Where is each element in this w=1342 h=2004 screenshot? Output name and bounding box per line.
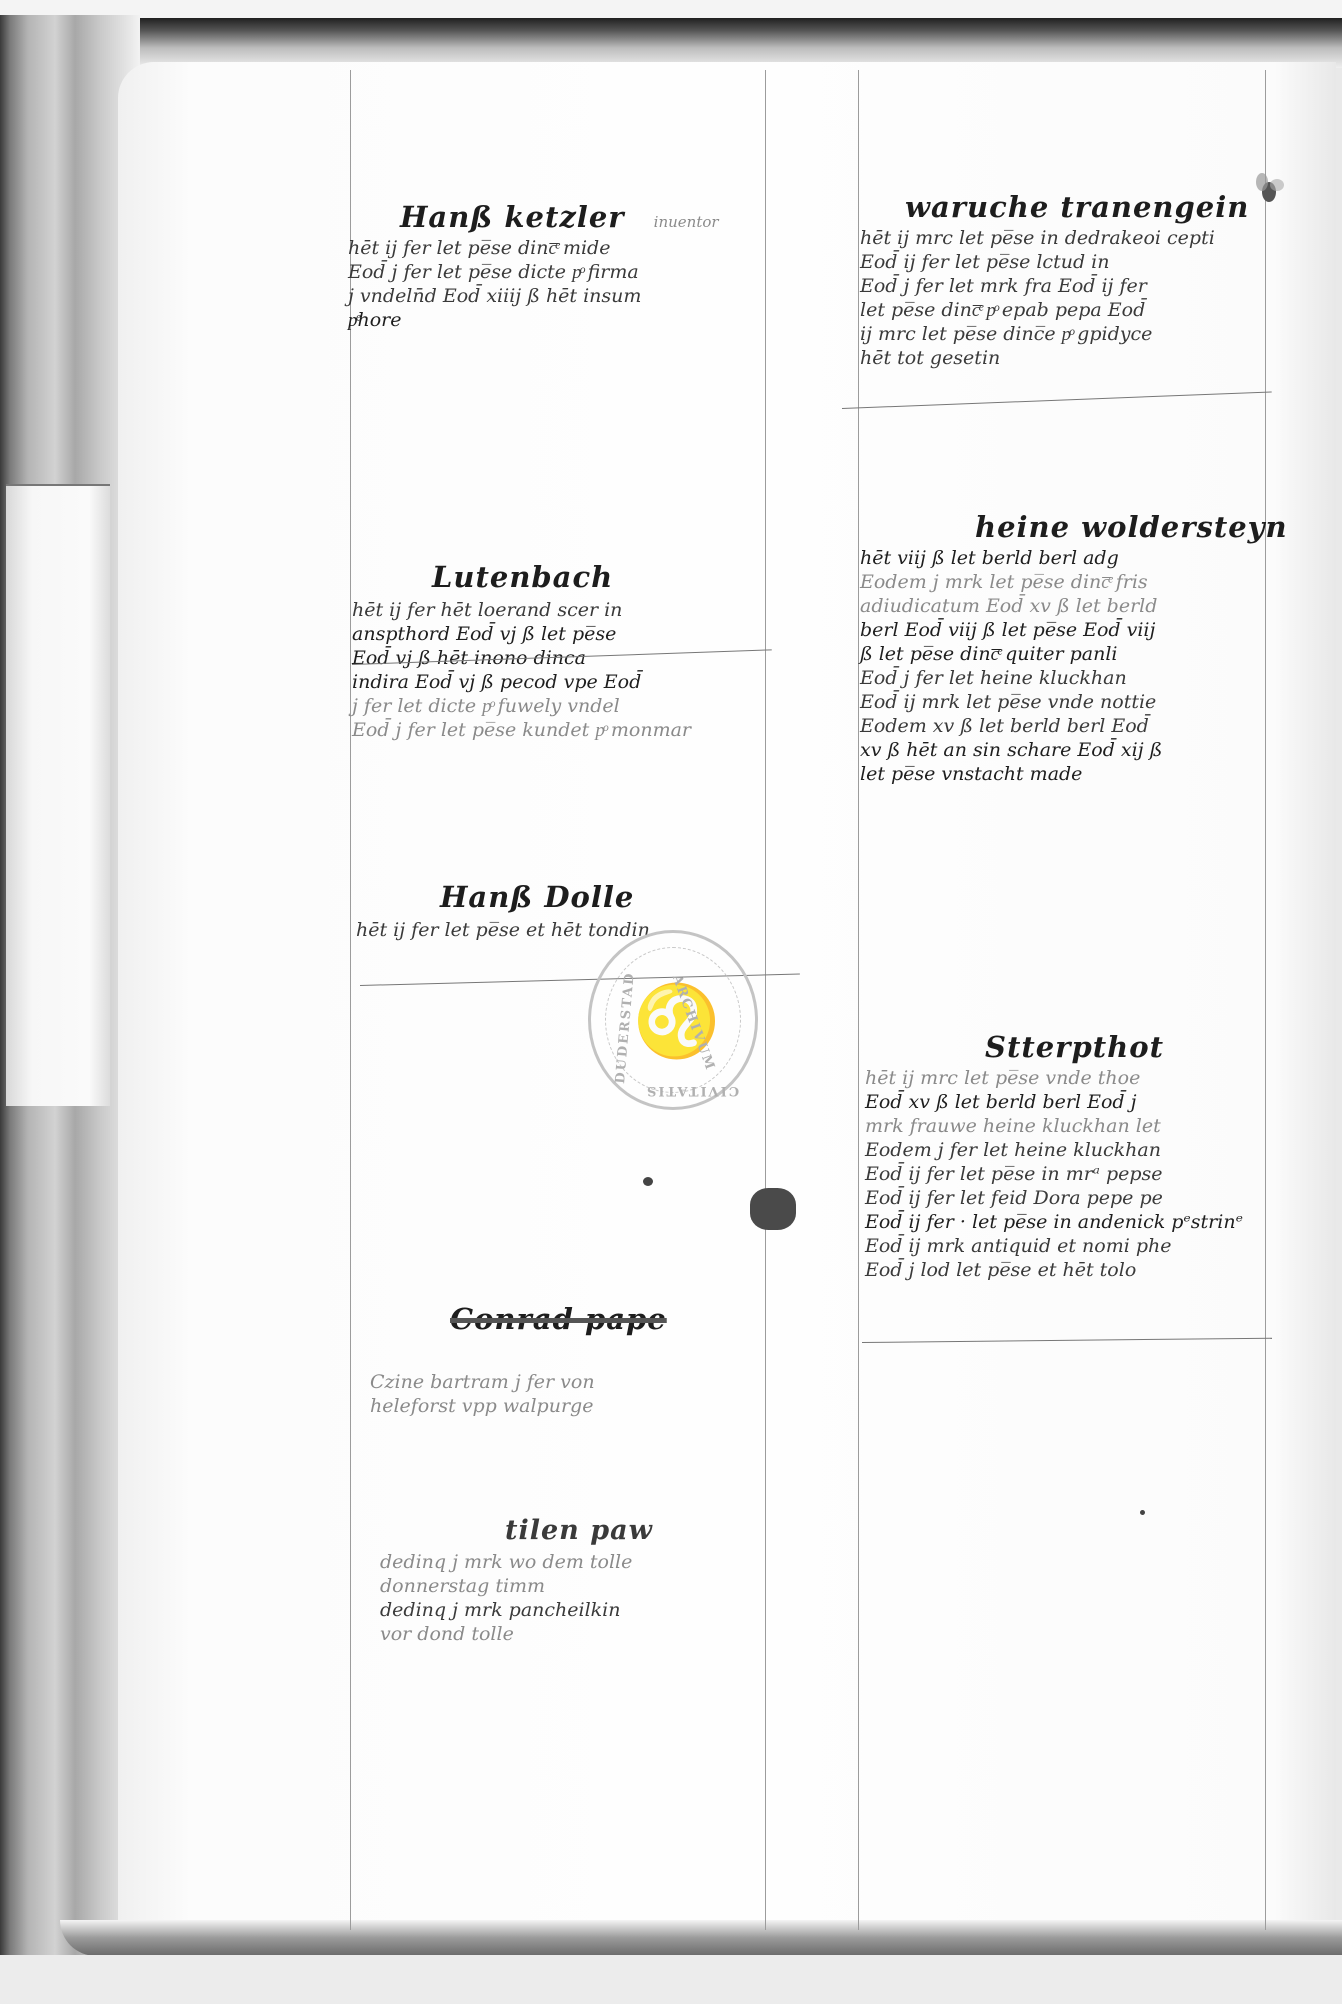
squashed-fly-icon [1252,172,1286,208]
entry-line: donnerstag timm [380,1574,653,1598]
entry-line: Eod̄ ij fer let pe̅se in mrᵃ pepse [865,1162,1243,1186]
entry-tilen-paw: tilen paw dedinq j mrk wo dem tolle donn… [505,1515,653,1646]
entry-line: let pe̅se dinc̅ͤ pͦ epab pepa Eod̄ [860,298,1249,322]
ink-spot [643,1177,653,1186]
archive-stamp: ♌ ARCHIVUM DUDERSTAD CIVITATIS [588,930,758,1110]
entry-line: dedinq j mrk wo dem tolle [380,1550,653,1574]
entry-line: Eod̄ j fer let pe̅se dicte pͦ firma [348,260,719,284]
entry-line: Eodem xv ß let berld berl Eod̄ [860,714,1288,738]
entry-heading: heine woldersteyn [975,510,1288,544]
entry-hans-ketzler: Hanß ketzler inuentor hēt ij fer let pe̅… [400,200,719,332]
ruling-line-right-inner [858,70,859,1930]
entry-line: Eod̄ xv ß let berld berl Eod̄ j [865,1090,1243,1114]
margin-note: inuentor [654,213,719,231]
entry-line: hēt ij fer let pe̅se et hēt tondin [356,918,650,942]
entry-line: xv ß hēt an sin schare Eod̄ xij ß [860,738,1288,762]
entry-heading: Lutenbach [432,560,691,594]
book-bottom-edge [60,1920,1342,1956]
entry-line: Eod̄ ij mrk let pe̅se vnde nottie [860,690,1288,714]
entry-line: Czine bartram j fer von [370,1370,667,1394]
entry-line: dedinq j mrk pancheilkin [380,1598,653,1622]
entry-line: ij mrc let pe̅se dinc̅e pͦ gpidyce [860,322,1249,346]
entry-heading-struck: Conrad pape [450,1302,667,1336]
entry-line: Eod̄ ij fer let pe̅se lctud in [860,250,1249,274]
entry-line: Eodem j mrk let pe̅se dinc̅ͤ fris [860,570,1288,594]
entry-line: hēt ij fer let pe̅se dinc̅ͤ mide [348,236,719,260]
entry-line: let pe̅se vnstacht made [860,762,1288,786]
entry-line: hēt ij mrc let pe̅se vnde thoe [865,1066,1243,1090]
entry-line: heleforst vpp walpurge [370,1394,667,1418]
entry-line: Eod̄ ij fer · let pe̅se in andenick pᵉst… [865,1210,1243,1234]
entry-waruche-tranengein: waruche tranengein hēt ij mrc let pe̅se … [905,190,1249,370]
entry-line: j vndeln̄d Eod̄ xiiij ß hēt insum [348,284,719,308]
entry-line: ß let pe̅se dinc̅ͤ quiter panli [860,642,1288,666]
entry-heading: Stterpthot [985,1030,1243,1064]
ruling-line-left-outer [350,70,351,1930]
scan-background-top [0,0,1342,20]
entry-line: Eod̄ j fer let mrk fra Eod̄ ij fer [860,274,1249,298]
stamp-text-bottom: CIVITATIS [645,1083,739,1098]
entry-hans-dolle: Hanß Dolle hēt ij fer let pe̅se et hēt t… [440,880,650,942]
book-top-edge [60,18,1342,68]
entry-conrad-pape: Conrad pape Czine bartram j fer von hele… [450,1302,667,1418]
entry-line: Eod̄ ij mrk antiquid et nomi phe [865,1234,1243,1258]
entry-heading: Hanß ketzler [400,200,625,234]
entry-line: hēt ij mrc let pe̅se in dedrakeoi cepti [860,226,1249,250]
entry-line: adiudicatum Eod̄ xv ß let berld [860,594,1288,618]
entry-line: berl Eod̄ viij ß let pe̅se Eod̄ viij [860,618,1288,642]
entry-line: Eodem j fer let heine kluckhan [865,1138,1243,1162]
entry-heading: waruche tranengein [905,190,1249,224]
ink-spot [1140,1510,1145,1515]
ruling-line-left-inner [765,70,766,1930]
entry-stterpthot: Stterpthot hēt ij mrc let pe̅se vnde tho… [985,1030,1243,1282]
entry-line: hēt viij ß let berld berl adg [860,546,1288,570]
entry-line: Eod̄ ij fer let feid Dora pepe pe [865,1186,1243,1210]
entry-line: hēt tot gesetin [860,346,1249,370]
ruling-line-right-outer [1265,70,1266,1930]
entry-line: Eod̄ j fer let heine kluckhan [860,666,1288,690]
entry-line: Eod̄ j lod let pe̅se et hēt tolo [865,1258,1243,1282]
entry-line: mrk frauwe heine kluckhan let [865,1114,1243,1138]
entry-lutenbach: Lutenbach hēt ij fer hēt loerand scer in… [432,560,691,742]
entry-line: anspthord Eod̄ vj ß let pe̅se [352,622,691,646]
entry-line: pͤhore [348,308,719,332]
scan-background-bottom [0,1955,1342,2004]
inserted-paper-strip [6,484,110,1106]
entry-line: indira Eod̄ vj ß pecod vpe Eod̄ [352,670,691,694]
entry-heine-woldersteyn: heine woldersteyn hēt viij ß let berld b… [975,510,1288,786]
entry-line: hēt ij fer hēt loerand scer in [352,598,691,622]
entry-heading: Hanß Dolle [440,880,650,914]
ink-blot [750,1188,796,1230]
entry-heading: tilen paw [505,1515,653,1546]
entry-line: j fer let dicte pͦ fuwely vndel [352,694,691,718]
entry-line: vor dond tolle [380,1622,653,1646]
entry-line: Eod̄ j fer let pe̅se kundet pͦ monmar [352,718,691,742]
